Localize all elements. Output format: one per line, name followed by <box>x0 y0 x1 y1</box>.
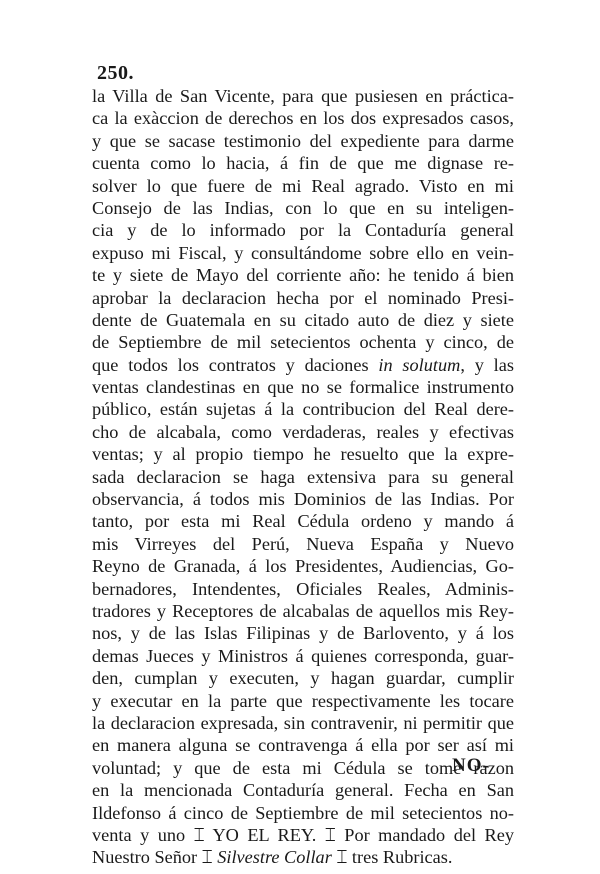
document-page: 250. la Villa de San Vicente, para que p… <box>0 0 600 874</box>
italic-phrase: in solutum <box>378 355 460 375</box>
text-line: aprobar la declaracion hecha por el nomi… <box>92 287 514 309</box>
text-line: voluntad; y que de esta mi Cédula se tom… <box>92 757 514 779</box>
text-line: cho de alcabala, como verdaderas, reales… <box>92 421 514 443</box>
text-line: Ildefonso á cinco de Septiembre de mil s… <box>92 802 514 824</box>
text-line: Nuestro Señor ⌶ Silvestre Collar ⌶ tres … <box>92 846 514 868</box>
text-line: dente de Guatemala en su citado auto de … <box>92 309 514 331</box>
text-line: cuenta como lo hacia, á fin de que me di… <box>92 152 514 174</box>
text-line: den, cumplan y executen, y hagan guardar… <box>92 667 514 689</box>
text-line: y executar en la parte que respectivamen… <box>92 690 514 712</box>
text-line: público, están sujetas á la contribucion… <box>92 398 514 420</box>
text-line: bernadores, Intendentes, Oficiales Reale… <box>92 578 514 600</box>
text-line: ventas clandestinas en que no se formali… <box>92 376 514 398</box>
text-line: ca la exàccion de derechos en los dos ex… <box>92 107 514 129</box>
text-line: sada declaracion se haga extensiva para … <box>92 466 514 488</box>
text-line: mis Virreyes del Perú, Nueva España y Nu… <box>92 533 514 555</box>
text-line: tanto, por esta mi Real Cédula ordeno y … <box>92 510 514 532</box>
text-line: de Septiembre de mil setecientos ochenta… <box>92 331 514 353</box>
text-line: tradores y Receptores de alcabalas de aq… <box>92 600 514 622</box>
text-line: cia y de lo informado por la Contaduría … <box>92 219 514 241</box>
text-line: la declaracion expresada, sin contraveni… <box>92 712 514 734</box>
text-line: solver lo que fuere de mi Real agrado. V… <box>92 175 514 197</box>
body-text: la Villa de San Vicente, para que pusies… <box>92 85 514 869</box>
text-line: nos, y de las Islas Filipinas y de Barlo… <box>92 622 514 644</box>
page-number: 250. <box>97 62 134 85</box>
text-line: en manera alguna se contravenga á ella p… <box>92 734 514 756</box>
text-line: y que se sacase testimonio del expedient… <box>92 130 514 152</box>
text-line: te y siete de Mayo del corriente año: he… <box>92 264 514 286</box>
text-line: la Villa de San Vicente, para que pusies… <box>92 85 514 107</box>
text-line: en la mencionada Contaduría general. Fec… <box>92 779 514 801</box>
text-line: Reyno de Granada, á los Presidentes, Aud… <box>92 555 514 577</box>
text-line: que todos los contratos y daciones in so… <box>92 354 514 376</box>
text-line: Consejo de las Indias, con lo que en su … <box>92 197 514 219</box>
italic-phrase: Silvestre Collar <box>217 847 332 867</box>
text-line: demas Jueces y Ministros á quienes corre… <box>92 645 514 667</box>
text-line: venta y uno ⌶ YO EL REY. ⌶ Por mandado d… <box>92 824 514 846</box>
text-line: observancia, á todos mis Dominios de las… <box>92 488 514 510</box>
catchword: NO- <box>452 755 490 777</box>
text-line: expuso mi Fiscal, y consultándome sobre … <box>92 242 514 264</box>
text-line: ventas; y al propio tiempo he resuelto q… <box>92 443 514 465</box>
